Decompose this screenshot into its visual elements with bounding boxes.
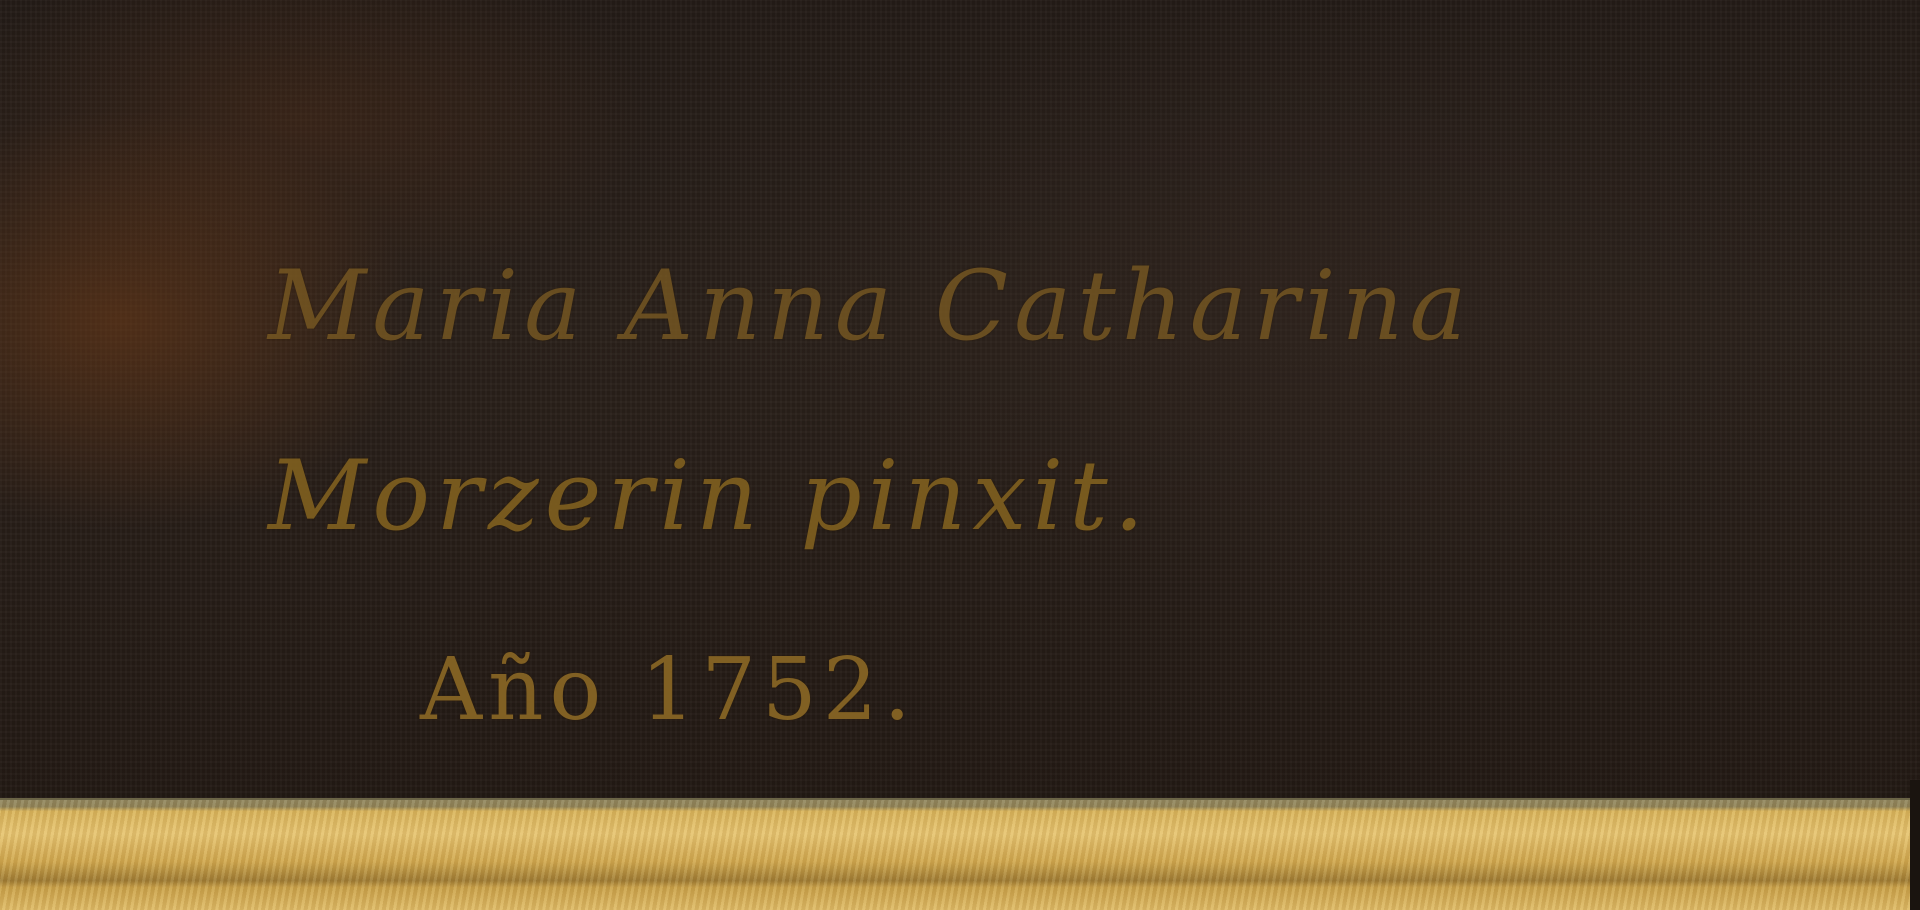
inscription-line-pinxit: Morzerin pinxit. — [268, 440, 1150, 552]
signature-inscription: Maria Anna Catharina Morzerin pinxit. Añ… — [0, 0, 1920, 805]
inscription-line-name: Maria Anna Catharina — [268, 250, 1473, 362]
frame-edge-shadow — [1910, 780, 1920, 910]
gilded-frame — [0, 798, 1910, 910]
inscription-line-year: Año 1752. — [420, 640, 917, 740]
